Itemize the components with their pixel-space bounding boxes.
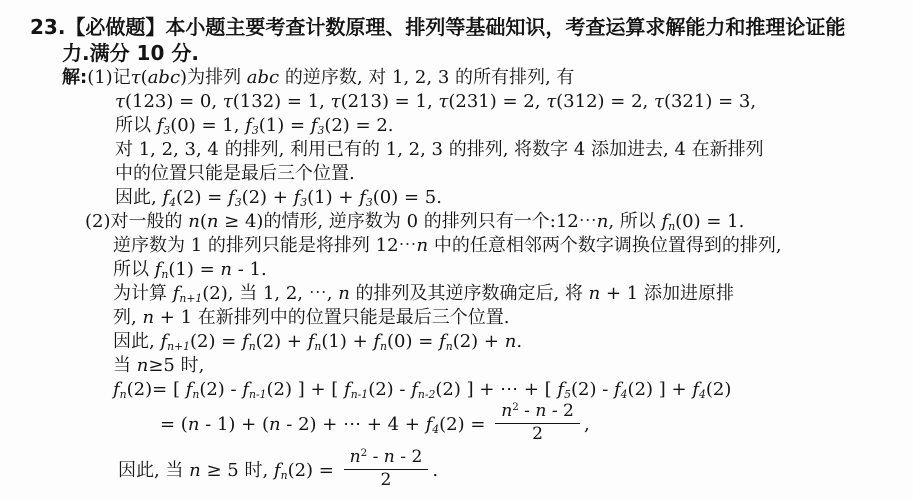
text-segment: (1) + <box>321 331 373 352</box>
part2-line-6: 当 n≥5 时, <box>0 354 905 378</box>
text-segment: 的排列及其逆序数确定后, 将 <box>350 283 589 304</box>
text-segment: f <box>614 379 621 400</box>
part2-line-4: 为计算 fn+1(2), 当 1, 2, ⋯, n 的排列及其逆序数确定后, 将… <box>0 282 905 306</box>
text-segment: n <box>417 235 429 256</box>
text-segment: (2) ] + ⋯ + [ <box>435 379 557 400</box>
part2-line-3: 所以 fn(1) = n - 1. <box>0 258 905 282</box>
text-segment: (231) = 2, <box>448 91 546 112</box>
text-segment: 因此, <box>113 331 160 352</box>
text-segment: τ <box>131 67 141 88</box>
text-segment: 所以 <box>113 259 155 280</box>
text-segment: 23.【必做题】本小题主要考查计数原理、排列等基础知识，考查运算求解能力和推理论… <box>30 15 845 39</box>
text-segment: (0) = <box>387 331 439 352</box>
text-segment: - 1) + ( <box>199 414 269 435</box>
text-segment: 因此, <box>115 187 162 208</box>
equation-line-f4: 因此, f4(2) = f3(2) + f3(1) + f3(0) = 5. <box>0 186 905 210</box>
part2-line-5: 列, n + 1 在新排列中的位置只能是最后三个位置. <box>0 306 905 330</box>
text-segment: n <box>597 211 609 232</box>
text-segment: n <box>269 414 281 435</box>
text-segment: . <box>432 460 438 481</box>
text-segment: ≥5 时, <box>148 355 204 376</box>
text-segment: (2), 当 1, 2, ⋯, <box>202 283 338 304</box>
text-segment: (2) = 2. <box>324 115 393 136</box>
subscript: 3 <box>235 196 242 209</box>
text-segment: n <box>137 355 149 376</box>
part2-line-2: 逆序数为 1 的排列只能是将排列 12⋯n 中的任意相邻两个数字调换位置得到的排… <box>0 234 905 258</box>
text-segment: abc <box>247 67 279 88</box>
subscript: n-2 <box>418 388 435 401</box>
text-segment: τ <box>115 91 125 112</box>
text-segment: (2) = <box>439 414 491 435</box>
fraction: n2 - n - 22 <box>344 448 429 490</box>
text-segment: (1)记 <box>87 67 131 88</box>
solution-line-4: 中的位置只能是最后三个位置. <box>0 162 905 186</box>
subscript: n <box>446 340 453 353</box>
text-segment: - <box>519 401 536 421</box>
text-segment: . <box>516 331 522 352</box>
text-segment: n <box>189 460 201 481</box>
text-segment: 2 <box>532 424 543 444</box>
text-segment: 逆序数为 1 的排列只能是将排列 12⋯ <box>113 235 417 256</box>
text-segment: )为排列 <box>180 67 247 88</box>
subscript: n+1 <box>179 292 202 305</box>
text-segment: n <box>207 211 219 232</box>
text-segment: , <box>584 414 590 435</box>
text-segment: n <box>535 401 546 421</box>
subscript: n <box>120 388 127 401</box>
text-segment: 为计算 <box>113 283 173 304</box>
text-segment: (1) = <box>168 259 220 280</box>
text-segment: (2) = <box>288 460 340 481</box>
text-segment: - 1. <box>232 259 267 280</box>
text-segment: f <box>113 379 120 400</box>
text-segment: n <box>589 283 601 304</box>
equation-line-telescope: fn(2)= [ fn(2) - fn-1(2) ] + [ fn-1(2) -… <box>0 378 905 402</box>
text-segment: (132) = 1, <box>233 91 331 112</box>
text-segment: (1) = <box>259 115 311 136</box>
text-segment: + 1 添加进原排 <box>600 283 734 304</box>
text-segment: τ <box>654 91 664 112</box>
subscript: n <box>380 340 387 353</box>
text-segment: (2) <box>706 379 732 400</box>
fraction: n2 - n - 22 <box>495 402 580 444</box>
text-segment: (2) = <box>190 331 242 352</box>
text-segment: 中的任意相邻两个数字调换位置得到的排列, <box>428 235 781 256</box>
text-segment: n <box>188 211 200 232</box>
denominator: 2 <box>381 470 392 491</box>
equation-line-sum: = (n - 1) + (n - 2) + ⋯ + 4 + f4(2) = n2… <box>0 402 905 448</box>
subscript: n-1 <box>351 388 368 401</box>
subscript: 4 <box>699 388 706 401</box>
text-segment: n <box>142 307 154 328</box>
text-segment: f <box>411 379 418 400</box>
text-segment: 解: <box>62 67 87 88</box>
text-segment: 的逆序数, 对 1, 2, 3 的所有排列, 有 <box>279 67 574 88</box>
equation-line-conclusion: 因此, 当 n ≥ 5 时, fn(2) = n2 - n - 22. <box>0 448 905 494</box>
text-segment: 力.满分 10 分. <box>62 41 199 65</box>
subscript: 3 <box>252 124 259 137</box>
subscript: 5 <box>564 388 571 401</box>
denominator: 2 <box>532 424 543 445</box>
text-segment: 所以 <box>115 115 157 136</box>
text-segment: 列, <box>113 307 142 328</box>
part2-line-1: (2)对一般的 n(n ≥ 4)的情形, 逆序数为 0 的排列只有一个:12⋯n… <box>0 210 905 234</box>
text-segment: (312) = 2, <box>556 91 654 112</box>
text-segment: τ <box>438 91 448 112</box>
text-segment: τ <box>223 91 233 112</box>
text-segment: + 1 在新排列中的位置只能是最后三个位置. <box>154 307 509 328</box>
text-segment: n <box>188 414 200 435</box>
text-segment: (2) ] + <box>628 379 693 400</box>
equation-line-fn1: 因此, fn+1(2) = fn(2) + fn(1) + fn(0) = fn… <box>0 330 905 354</box>
equation-suffix: . <box>432 460 438 481</box>
text-segment: (213) = 1, <box>341 91 439 112</box>
numerator: n2 - n - 2 <box>495 402 580 424</box>
subscript: n-1 <box>249 388 266 401</box>
text-segment: abc <box>148 67 180 88</box>
text-segment: τ <box>546 91 556 112</box>
numerator: n2 - n - 2 <box>344 448 429 470</box>
text-segment: - <box>367 447 384 467</box>
text-segment: f <box>228 187 235 208</box>
text-segment: (2)对一般的 <box>85 211 188 232</box>
text-segment: f <box>274 460 281 481</box>
text-segment: 当 <box>113 355 137 376</box>
subscript: n <box>281 469 288 482</box>
solution-document: 23.【必做题】本小题主要考查计数原理、排列等基础知识，考查运算求解能力和推理论… <box>0 0 913 499</box>
solution-line-1: 解:(1)记τ(abc)为排列 abc 的逆序数, 对 1, 2, 3 的所有排… <box>0 66 905 90</box>
equation-prefix: 因此, 当 n ≥ 5 时, fn(2) = <box>118 460 340 481</box>
text-segment: (2) - <box>199 379 242 400</box>
text-segment: (2) - <box>571 379 614 400</box>
text-segment: f <box>245 115 252 136</box>
text-segment: n <box>505 331 517 352</box>
text-segment: (2) - <box>368 379 411 400</box>
text-segment: f <box>242 331 249 352</box>
text-segment: ( <box>141 67 148 88</box>
text-segment: - 2 <box>395 447 423 467</box>
text-segment: f <box>359 187 366 208</box>
text-segment: 中的位置只能是最后三个位置. <box>115 163 355 184</box>
text-segment: (0) = 1, <box>170 115 245 136</box>
solution-line-2: 所以 f3(0) = 1, f3(1) = f3(2) = 2. <box>0 114 905 138</box>
heading-line-2: 力.满分 10 分. <box>0 40 905 66</box>
text-segment: f <box>439 331 446 352</box>
text-segment: f <box>692 379 699 400</box>
subscript: 4 <box>169 196 176 209</box>
text-segment: n <box>338 283 350 304</box>
text-segment: ( <box>200 211 207 232</box>
text-segment: - 2 <box>546 401 574 421</box>
text-segment: f <box>344 379 351 400</box>
text-segment: (2) + <box>453 331 505 352</box>
text-segment: (2) ] + [ <box>267 379 345 400</box>
equation-prefix: = (n - 1) + (n - 2) + ⋯ + 4 + f4(2) = <box>160 414 491 435</box>
text-segment: 因此, 当 <box>118 460 189 481</box>
equation-line-tau: τ(123) = 0, τ(132) = 1, τ(213) = 1, τ(23… <box>0 90 905 114</box>
heading-line-1: 23.【必做题】本小题主要考查计数原理、排列等基础知识，考查运算求解能力和推理论… <box>0 14 905 40</box>
text-segment: n <box>501 401 512 421</box>
text-segment: n <box>384 447 395 467</box>
text-segment: (0) = 1. <box>675 211 744 232</box>
solution-line-3: 对 1, 2, 3, 4 的排列, 利用已有的 1, 2, 3 的排列, 将数字… <box>0 138 905 162</box>
text-segment: (2) + <box>256 331 308 352</box>
text-segment: 2 <box>381 470 392 490</box>
text-segment: (321) = 3, <box>664 91 756 112</box>
text-segment: (2)= [ <box>127 379 186 400</box>
equation-suffix: , <box>584 414 590 435</box>
text-segment: (0) = 5. <box>373 187 442 208</box>
text-segment: , 所以 <box>608 211 661 232</box>
text-segment: (2) = <box>176 187 228 208</box>
text-segment: (123) = 0, <box>125 91 223 112</box>
text-segment: n <box>350 447 361 467</box>
subscript: n+1 <box>167 340 190 353</box>
text-segment: (2) + <box>242 187 294 208</box>
subscript: 3 <box>366 196 373 209</box>
text-segment: n <box>220 259 232 280</box>
text-segment: = ( <box>160 414 188 435</box>
subscript: n <box>249 340 256 353</box>
text-segment: ≥ 4)的情形, 逆序数为 0 的排列只有一个:12⋯ <box>218 211 596 232</box>
text-segment: (1) + <box>307 187 359 208</box>
text-segment: ≥ 5 时, <box>201 460 274 481</box>
text-segment: - 2) + ⋯ + 4 + <box>281 414 426 435</box>
text-segment: 对 1, 2, 3, 4 的排列, 利用已有的 1, 2, 3 的排列, 将数字… <box>115 139 764 160</box>
subscript: 4 <box>621 388 628 401</box>
text-segment: τ <box>331 91 341 112</box>
